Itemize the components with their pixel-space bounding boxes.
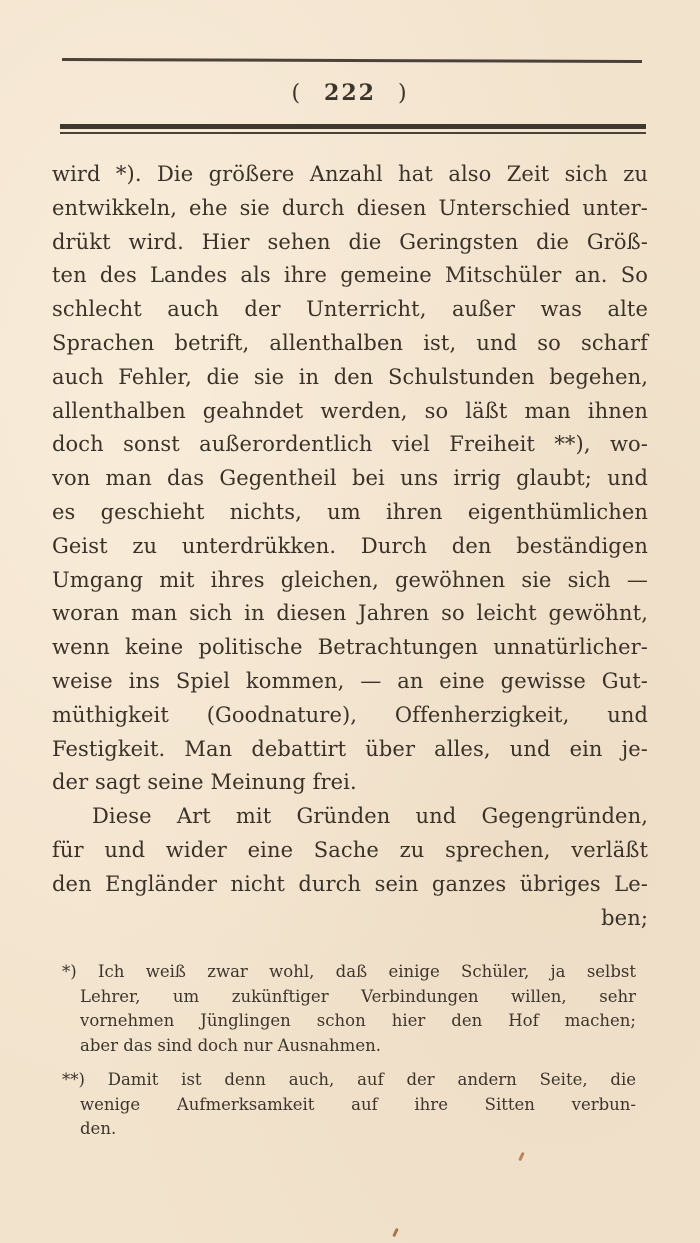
text-line: den Engländer nicht durch sein ganzes üb…: [52, 868, 648, 902]
footnote-line: den.: [62, 1117, 636, 1142]
page-number-value: 222: [324, 80, 376, 106]
text-line: auch Fehler, die sie in den Schulstunden…: [52, 361, 648, 395]
text-line: allenthalben geahndet werden, so läßt ma…: [52, 395, 648, 429]
body-text: wird *). Die größere Anzahl hat also Zei…: [52, 158, 648, 935]
text-line: Festigkeit. Man debattirt über alles, un…: [52, 733, 648, 767]
top-rule: [62, 58, 642, 63]
text-line: wenn keine politische Betrachtungen unna…: [52, 631, 648, 665]
footnote-2: **) Damit ist denn auch, auf der andern …: [62, 1068, 636, 1142]
text-line: entwikkeln, ehe sie durch diesen Untersc…: [52, 192, 648, 226]
text-line: der sagt seine Meinung frei.: [52, 766, 648, 800]
text-line: drükt wird. Hier sehen die Geringsten di…: [52, 226, 648, 260]
footnotes: *) Ich weiß zwar wohl, daß einige Schüle…: [62, 960, 636, 1142]
footnote-line: *) Ich weiß zwar wohl, daß einige Schüle…: [62, 960, 636, 985]
footnote-line: Lehrer, um zukünftiger Verbindungen will…: [62, 985, 636, 1010]
paren-close: ): [398, 81, 409, 106]
text-line: wird *). Die größere Anzahl hat also Zei…: [52, 158, 648, 192]
text-line: Umgang mit ihres gleichen, gewöhnen sie …: [52, 564, 648, 598]
header-rule-thin: [60, 132, 646, 134]
text-line: Geist zu unterdrükken. Durch den beständ…: [52, 530, 648, 564]
catchword-line: ben;: [52, 902, 648, 936]
text-line: es geschieht nichts, um ihren eigenthüml…: [52, 496, 648, 530]
text-line: schlecht auch der Unterricht, außer was …: [52, 293, 648, 327]
paper-speck: [518, 1152, 525, 1161]
text-line: doch sonst außerordentlich viel Freiheit…: [52, 428, 648, 462]
paragraph-start-line: Diese Art mit Gründen und Gegengründen,: [52, 800, 648, 834]
page-number: (222): [0, 80, 700, 106]
footnote-line: aber das sind doch nur Ausnahmen.: [62, 1034, 636, 1059]
footnote-line: vornehmen Jünglingen schon hier den Hof …: [62, 1009, 636, 1034]
text-line: müthigkeit (Goodnature), Offenherzigkeit…: [52, 699, 648, 733]
footnote-line: wenige Aufmerksamkeit auf ihre Sitten ve…: [62, 1093, 636, 1118]
footnote-line: **) Damit ist denn auch, auf der andern …: [62, 1068, 636, 1093]
text-line: von man das Gegentheil bei uns irrig gla…: [52, 462, 648, 496]
text-line: weise ins Spiel kommen, — an eine gewiss…: [52, 665, 648, 699]
text-line: woran man sich in diesen Jahren so leich…: [52, 597, 648, 631]
paper-speck: [392, 1228, 399, 1237]
text-line: ten des Landes als ihre gemeine Mitschül…: [52, 259, 648, 293]
paren-open: (: [291, 81, 302, 106]
footnote-1: *) Ich weiß zwar wohl, daß einige Schüle…: [62, 960, 636, 1058]
book-page: (222) wird *). Die größere Anzahl hat al…: [0, 0, 700, 1243]
header-rule-thick: [60, 124, 646, 129]
text-line: für und wider eine Sache zu sprechen, ve…: [52, 834, 648, 868]
text-line: Sprachen betrift, allenthalben ist, und …: [52, 327, 648, 361]
